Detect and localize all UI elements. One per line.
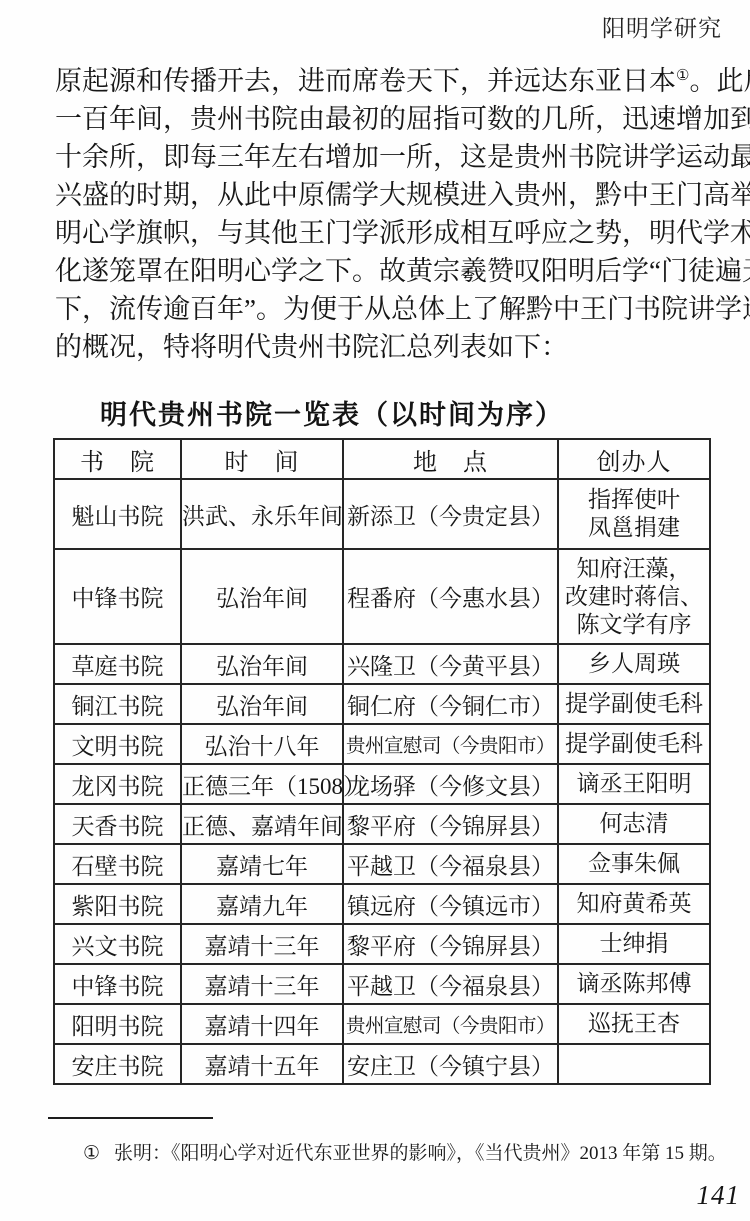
paragraph-line: 下，流传逾百年”。为便于从总体上了解黔中王门书院讲学运动 [55, 290, 711, 328]
paragraph-line: 的概况，特将明代贵州书院汇总列表如下： [55, 328, 711, 366]
table-row: 中锋书院 嘉靖十三年 平越卫（今福泉县） 谪丞陈邦傅 [54, 964, 710, 1004]
table-row: 天香书院 正德、嘉靖年间 黎平府（今锦屏县） 何志清 [54, 804, 710, 844]
cell-academy: 铜江书院 [54, 684, 181, 724]
cell-place: 铜仁府（今铜仁市） [343, 684, 558, 724]
cell-founder: 谪丞陈邦傅 [558, 964, 710, 1004]
table-row: 草庭书院 弘治年间 兴隆卫（今黄平县） 乡人周瑛 [54, 644, 710, 684]
cell-time: 正德三年（1508） [181, 764, 343, 804]
cell-place: 平越卫（今福泉县） [343, 844, 558, 884]
cell-place: 黎平府（今锦屏县） [343, 924, 558, 964]
cell-time: 嘉靖十三年 [181, 924, 343, 964]
cell-place: 龙场驿（今修文县） [343, 764, 558, 804]
cell-place: 贵州宣慰司（今贵阳市） [343, 1004, 558, 1044]
cell-founder: 提学副使毛科 [558, 684, 710, 724]
cell-time: 弘治十八年 [181, 724, 343, 764]
cell-academy: 魁山书院 [54, 479, 181, 549]
table-row: 龙冈书院 正德三年（1508） 龙场驿（今修文县） 谪丞王阳明 [54, 764, 710, 804]
cell-place: 安庄卫（今镇宁县） [343, 1044, 558, 1084]
footnote: ①张明：《阳明心学对近代东亚世界的影响》，《当代贵州》2013 年第 15 期。 [83, 1140, 723, 1168]
table-row: 文明书院 弘治十八年 贵州宣慰司（今贵阳市） 提学副使毛科 [54, 724, 710, 764]
book-page: 阳明学研究 原起源和传播开去，进而席卷天下，并远达东亚日本①。此后 一百年间，贵… [0, 0, 750, 1221]
cell-academy: 天香书院 [54, 804, 181, 844]
cell-founder: 提学副使毛科 [558, 724, 710, 764]
cell-academy: 安庄书院 [54, 1044, 181, 1084]
table-caption: 明代贵州书院一览表（以时间为序） [100, 393, 564, 432]
cell-founder: 谪丞王阳明 [558, 764, 710, 804]
cell-place: 黎平府（今锦屏县） [343, 804, 558, 844]
paragraph-line: 原起源和传播开去，进而席卷天下，并远达东亚日本①。此后 [55, 62, 711, 100]
footnote-marker: ① [83, 1143, 100, 1164]
running-head: 阳明学研究 [602, 10, 722, 43]
table-header-row: 书 院 时 间 地 点 创办人 [54, 439, 710, 479]
cell-time: 弘治年间 [181, 549, 343, 644]
table-row: 中锋书院 弘治年间 程番府（今惠水县） 知府汪藻， 改建时蒋信、 陈文学有序 [54, 549, 710, 644]
cell-time: 嘉靖十四年 [181, 1004, 343, 1044]
cell-founder: 士绅捐 [558, 924, 710, 964]
cell-academy: 草庭书院 [54, 644, 181, 684]
cell-founder: 指挥使叶 凤邕捐建 [558, 479, 710, 549]
cell-time: 洪武、永乐年间 [181, 479, 343, 549]
page-number: 141 [697, 1180, 741, 1211]
table-row: 紫阳书院 嘉靖九年 镇远府（今镇远市） 知府黄希英 [54, 884, 710, 924]
cell-founder: 何志清 [558, 804, 710, 844]
cell-founder: 巡抚王杏 [558, 1004, 710, 1044]
academy-table: 书 院 时 间 地 点 创办人 魁山书院 洪武、永乐年间 新添卫（今贵定县） 指… [53, 438, 711, 1085]
cell-academy: 石壁书院 [54, 844, 181, 884]
column-header-place: 地 点 [343, 439, 558, 479]
footnote-text: 张明：《阳明心学对近代东亚世界的影响》，《当代贵州》2013 年第 15 期。 [114, 1143, 727, 1164]
footnote-reference-mark: ① [676, 68, 689, 84]
cell-founder: 知府黄希英 [558, 884, 710, 924]
cell-place: 新添卫（今贵定县） [343, 479, 558, 549]
cell-place: 贵州宣慰司（今贵阳市） [343, 724, 558, 764]
table-row: 铜江书院 弘治年间 铜仁府（今铜仁市） 提学副使毛科 [54, 684, 710, 724]
cell-founder [558, 1044, 710, 1084]
cell-time: 弘治年间 [181, 644, 343, 684]
column-header-time: 时 间 [181, 439, 343, 479]
cell-place: 程番府（今惠水县） [343, 549, 558, 644]
cell-time: 弘治年间 [181, 684, 343, 724]
cell-academy: 中锋书院 [54, 549, 181, 644]
table-row: 石壁书院 嘉靖七年 平越卫（今福泉县） 佥事朱佩 [54, 844, 710, 884]
footnote-divider [48, 1117, 213, 1119]
table-row: 安庄书院 嘉靖十五年 安庄卫（今镇宁县） [54, 1044, 710, 1084]
paragraph-line: 化遂笼罩在阳明心学之下。故黄宗羲赞叹阳明后学“门徒遍天 [55, 252, 711, 290]
paragraph-line-text: 原起源和传播开去，进而席卷天下，并远达东亚日本 [55, 66, 676, 96]
column-header-academy: 书 院 [54, 439, 181, 479]
cell-academy: 文明书院 [54, 724, 181, 764]
paragraph-line: 兴盛的时期，从此中原儒学大规模进入贵州，黔中王门高举阳 [55, 176, 711, 214]
cell-academy: 龙冈书院 [54, 764, 181, 804]
cell-academy: 阳明书院 [54, 1004, 181, 1044]
column-header-founder: 创办人 [558, 439, 710, 479]
cell-time: 正德、嘉靖年间 [181, 804, 343, 844]
table-row: 魁山书院 洪武、永乐年间 新添卫（今贵定县） 指挥使叶 凤邕捐建 [54, 479, 710, 549]
paragraph-line: 十余所，即每三年左右增加一所，这是贵州书院讲学运动最为 [55, 138, 711, 176]
paragraph-line-text: 。此后 [689, 66, 750, 96]
cell-academy: 兴文书院 [54, 924, 181, 964]
table-row: 阳明书院 嘉靖十四年 贵州宣慰司（今贵阳市） 巡抚王杏 [54, 1004, 710, 1044]
paragraph-line: 一百年间，贵州书院由最初的屈指可数的几所，迅速增加到四 [55, 100, 711, 138]
cell-time: 嘉靖九年 [181, 884, 343, 924]
cell-founder: 知府汪藻， 改建时蒋信、 陈文学有序 [558, 549, 710, 644]
cell-academy: 紫阳书院 [54, 884, 181, 924]
body-paragraph: 原起源和传播开去，进而席卷天下，并远达东亚日本①。此后 一百年间，贵州书院由最初… [55, 62, 711, 366]
cell-founder: 佥事朱佩 [558, 844, 710, 884]
cell-place: 平越卫（今福泉县） [343, 964, 558, 1004]
cell-academy: 中锋书院 [54, 964, 181, 1004]
cell-time: 嘉靖七年 [181, 844, 343, 884]
cell-place: 兴隆卫（今黄平县） [343, 644, 558, 684]
table-row: 兴文书院 嘉靖十三年 黎平府（今锦屏县） 士绅捐 [54, 924, 710, 964]
paragraph-line: 明心学旗帜，与其他王门学派形成相互呼应之势，明代学术文 [55, 214, 711, 252]
cell-founder: 乡人周瑛 [558, 644, 710, 684]
cell-place: 镇远府（今镇远市） [343, 884, 558, 924]
cell-time: 嘉靖十三年 [181, 964, 343, 1004]
cell-time: 嘉靖十五年 [181, 1044, 343, 1084]
